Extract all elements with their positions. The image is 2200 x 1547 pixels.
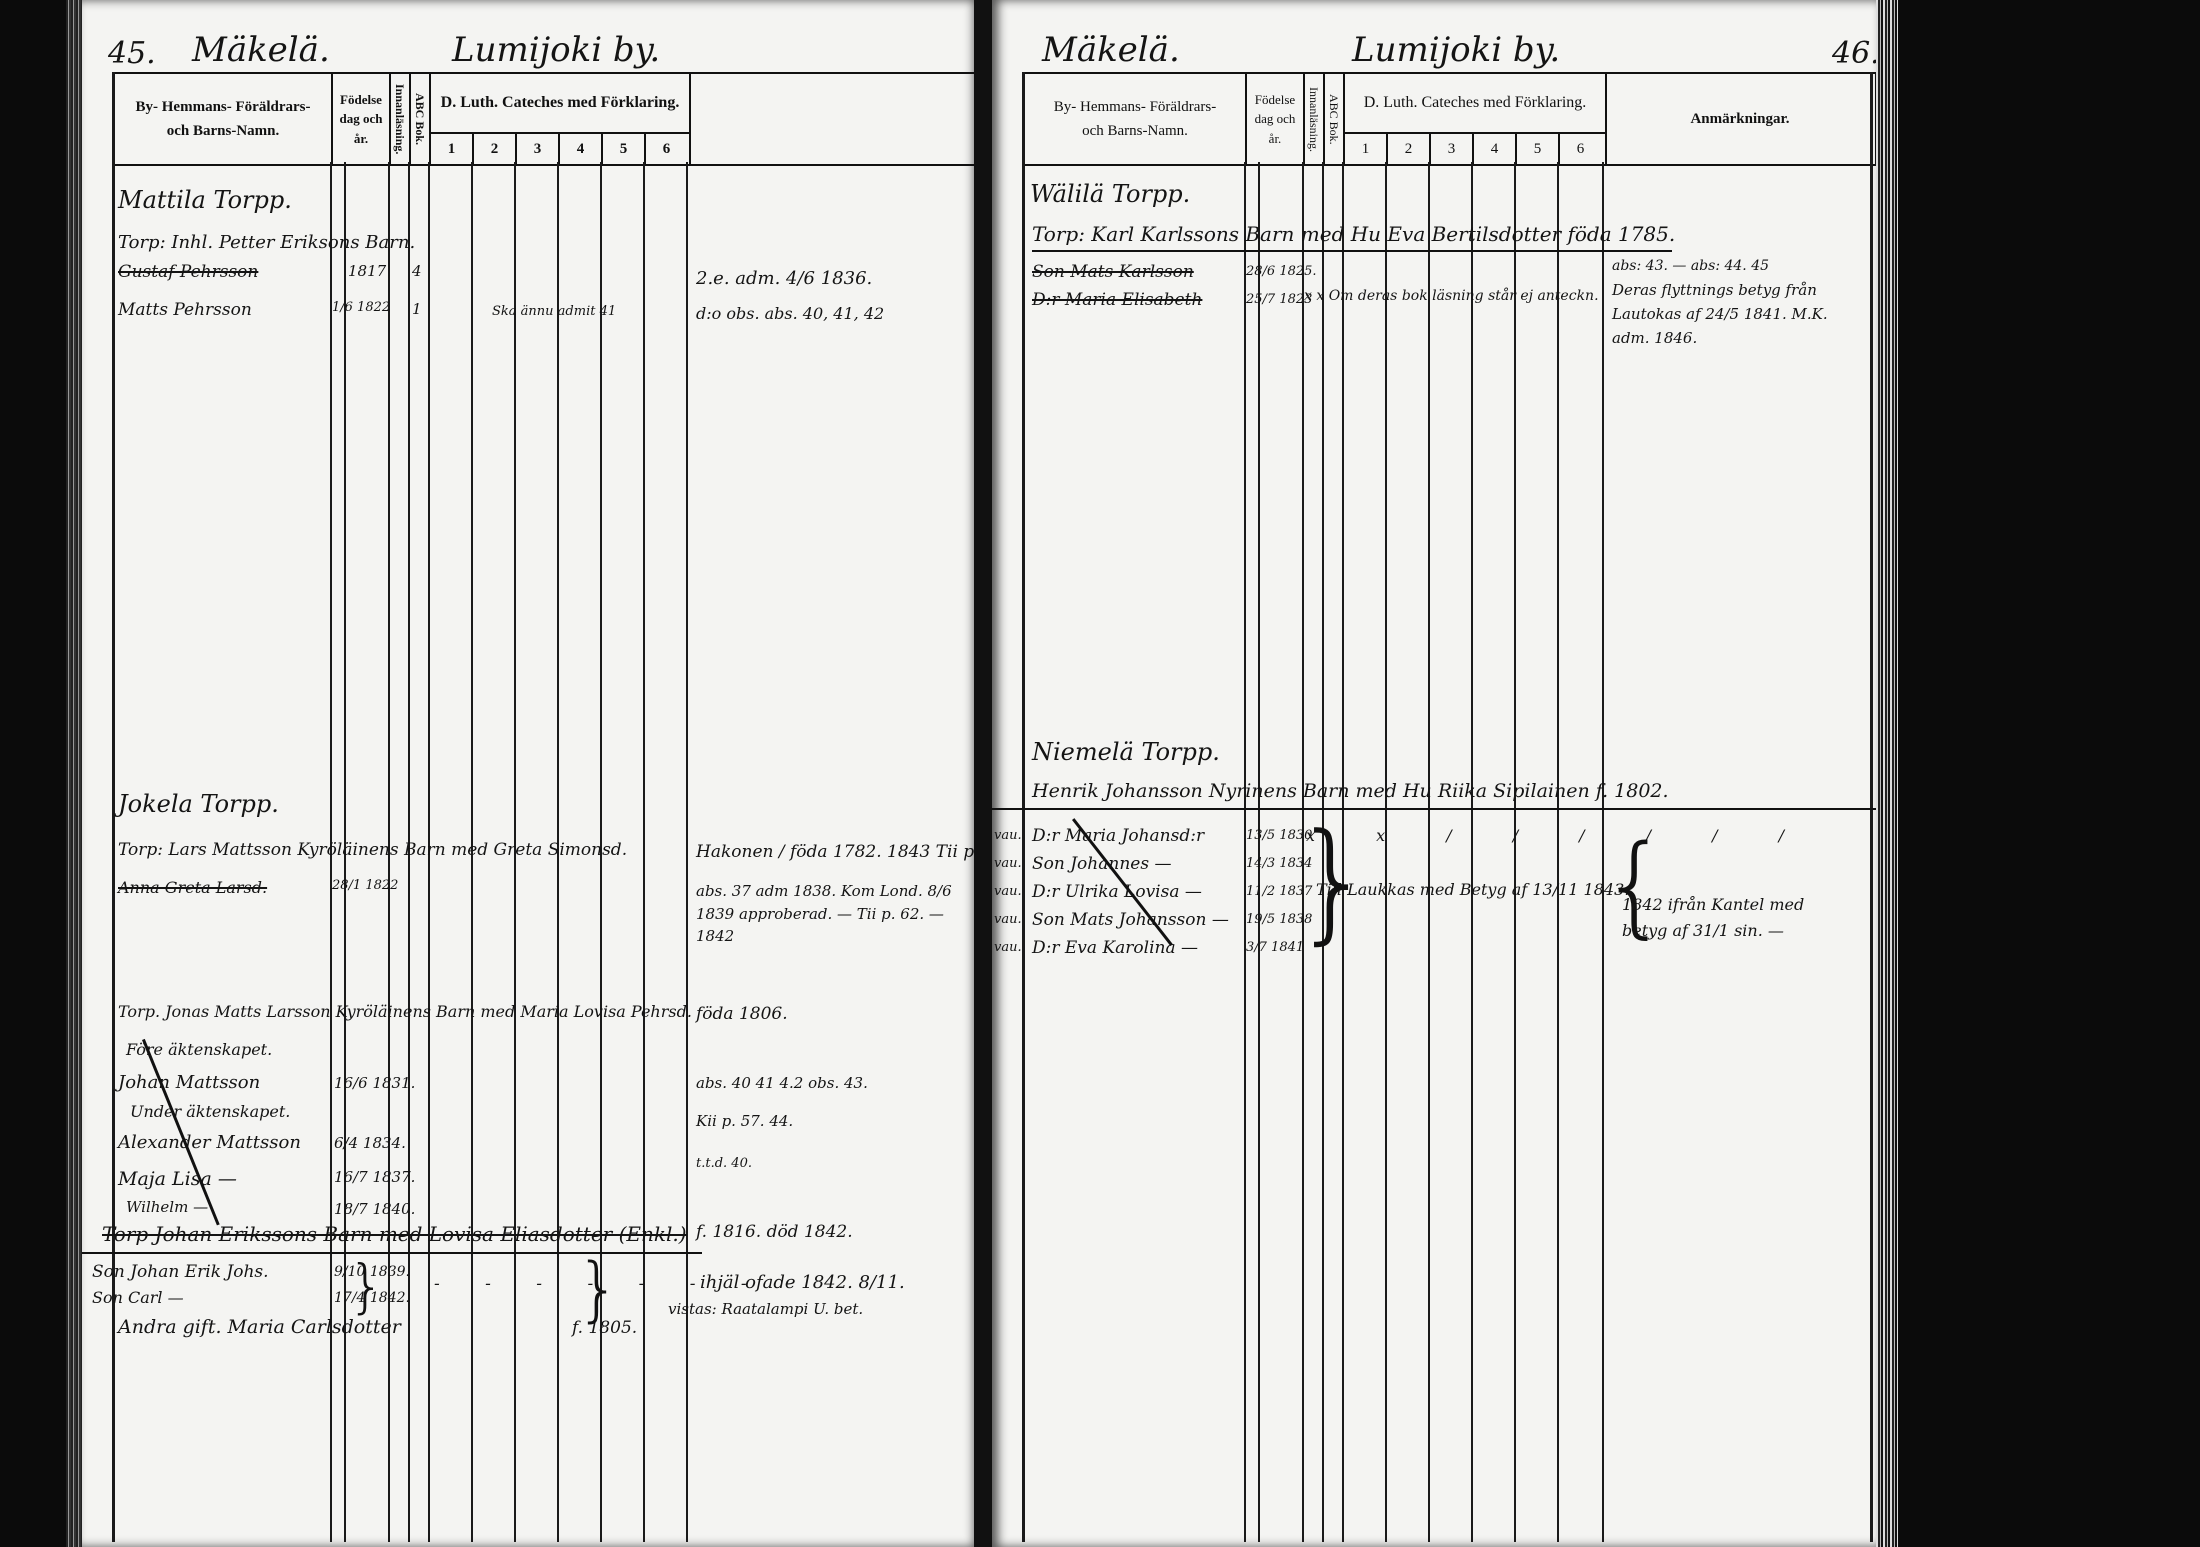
entry-remark: Hakonen / föda 1782. 1843 Tii p. 91. [696,842,1012,862]
margin-note: vau. [994,912,1022,927]
header-birth: Födelsedag ochår. [333,74,391,164]
column-rule [1022,72,1025,1542]
entry-name: D:r Maria Elisabeth [1032,290,1202,310]
entry-name: Torp. Jonas Matts Larsson Kyröläinens Ba… [118,1002,692,1021]
entry-remark: 2.e. adm. 4/6 1836. [696,268,872,289]
entry-name: Son Mats Karlsson [1032,262,1194,282]
entry-birth: 28/6 1825. [1246,264,1317,279]
entry-remark: t.t.d. 40. [696,1156,752,1171]
header-innanlasning: Innanläsning. [391,74,411,164]
entry-name: Son Mats Johansson — [1032,910,1229,930]
left-page: 45. Mäkelä. Lumijoki by. By- Hemmans- Fö… [82,0,980,1547]
entry-mark: 1 [412,300,422,318]
page-number: 45. [108,36,156,71]
margin-note: vau. [994,940,1022,955]
register-header: By- Hemmans- Föräldrars-och Barns-Namn. … [1022,72,1877,166]
margin-note: vau. [994,856,1022,871]
section-title: Niemelä Torpp. [1032,738,1220,766]
column-rule [1514,162,1516,1542]
entry-name: D:r Ulrika Lovisa — [1032,882,1202,902]
header-abc-bok: ABC Bok. [411,74,431,164]
entry-name: Anna Greta Larsd. [118,878,267,897]
margin-note: vau. [994,884,1022,899]
header-birth: Födelsedag ochår. [1247,74,1305,164]
section-title: Jokela Torpp. [118,790,279,818]
header-names: By- Hemmans- Föräldrars-och Barns-Namn. [115,74,333,164]
entry-name: Torp: Inhl. Petter Eriksons Barn. [118,232,415,253]
entry-name: Henrik Johansson Nyrinens Barn med Hu Ri… [1032,780,1669,802]
header-catechism: D. Luth. Cateches med Förklaring. 1 2 3 … [1345,74,1607,164]
entry-name: Johan Mattsson [118,1072,260,1093]
column-rule [1428,162,1430,1542]
catechism-note: x x Om deras bok läsning står ej anteckn… [1304,288,1599,304]
column-rule [643,162,645,1542]
column-rule [1385,162,1387,1542]
catechism-marks: x x / / / / / / [1306,826,1812,845]
entry-remark: abs. 37 adm 1838. Kom Lond. 8/6 1839 app… [696,880,966,948]
entry-birth: 16/6 1831. [334,1074,415,1092]
village-name: Lumijoki by. [1352,30,1560,70]
entry-name: Matts Pehrsson [118,300,252,320]
entry-birth: 25/7 1823 [1246,292,1312,307]
section-rule [992,808,1876,810]
entry-name: Torp: Lars Mattsson Kyröläinens Barn med… [118,840,627,860]
entry-name: D:r Eva Karolina — [1032,938,1198,958]
entry-birth: 16/7 1837. [334,1168,415,1186]
column-rule [1258,162,1260,1542]
entry-name: D:r Maria Johansd:r [1032,826,1204,846]
brace: } [1292,816,1375,946]
entry-remark: f. 1816. död 1842. [696,1222,853,1242]
farm-name: Mäkelä. [192,30,330,70]
catechism-note: Ska ännu admit 41 [492,304,616,319]
entry-remark: Kii p. 57. 44. [696,1112,793,1130]
header-innanlasning: Innanläsning. [1305,74,1325,164]
header-names: By- Hemmans- Föräldrars-och Barns-Namn. [1025,74,1247,164]
entry-birth: 6/4 1834. [334,1134,406,1152]
entry-name: Wilhelm — [126,1198,208,1216]
entry-name: Torp Johan Erikssons Barn med Lovisa Eli… [102,1222,687,1246]
entry-mark: 4 [412,262,422,280]
margin-note: vau. [994,828,1022,843]
entry-birth: 28/1 1822 [332,878,398,893]
farm-name: Mäkelä. [1042,30,1180,70]
entry-birth: 18/7 1840. [334,1200,415,1218]
right-page: Mäkelä. Lumijoki by. 46. By- Hemmans- Fö… [992,0,1876,1547]
entry-name: Son Carl — [92,1288,184,1307]
header-abc-bok: ABC Bok. [1325,74,1345,164]
section-rule [1032,250,1672,252]
register-header: By- Hemmans- Föräldrars-och Barns-Namn. … [112,72,979,166]
entry-name: Gustaf Pehrsson [118,262,258,282]
entry-birth: 1/6 1822 [332,300,390,315]
column-rule [1557,162,1559,1542]
entry-remark: föda 1806. [696,1004,788,1024]
section-title: Mattila Torpp. [118,186,292,214]
section-title: Wälilä Torpp. [1030,180,1190,208]
entry-name: Son Johan Erik Johs. [92,1262,269,1282]
entry-remark: d:o obs. abs. 40, 41, 42 [696,304,884,323]
entry-remark: abs. 40 41 4.2 obs. 43. [696,1074,868,1092]
column-rule [1471,162,1473,1542]
village-name: Lumijoki by. [452,30,660,70]
entry-birth: 1817 [348,262,386,280]
group-remark: 1842 ifrån Kantel med betyg af 31/1 sin.… [1622,892,1852,943]
book-edge-left [66,0,82,1547]
entry-remark: abs: 43. — abs: 44. 45 [1612,258,1769,274]
entry-note: Under äktenskapet. [130,1102,290,1121]
header-catechism: D. Luth. Cateches med Förklaring. 1 2 3 … [431,74,691,164]
entry-remark: vistas: Raatalampi U. bet. [668,1300,863,1318]
column-rule [686,162,688,1542]
page-number: 46. [1832,36,1880,71]
column-rule [1870,72,1873,1542]
brace: } [576,1248,621,1330]
column-rule [112,72,115,1542]
entry-remark: ihjäl ofade 1842. 8/11. [700,1272,905,1293]
entry-name: Torp: Karl Karlssons Barn med Hu Eva Ber… [1032,222,1675,246]
book-edge-right [1876,0,1898,1547]
brace: } [348,1252,385,1320]
column-rule [1244,162,1246,1542]
entry-name: Maja Lisa — [118,1168,237,1190]
entry-remark: Deras flyttnings betyg från Lautokas af … [1612,278,1862,350]
entry-name: Alexander Mattsson [118,1132,301,1153]
header-remarks: Anmärkningar. [1607,74,1873,164]
